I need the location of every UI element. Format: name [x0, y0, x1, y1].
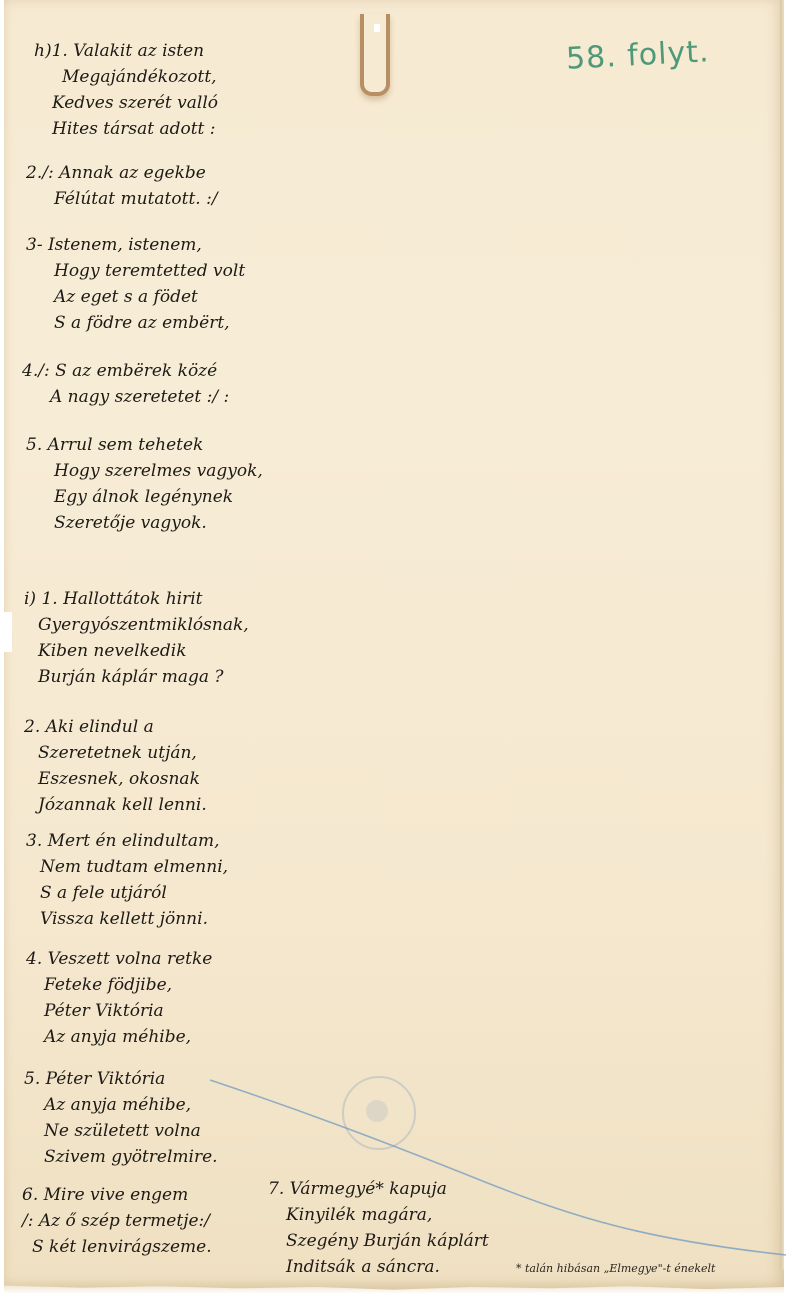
torn-edge [0, 612, 12, 652]
verse-line: Hites társat adott : [34, 116, 218, 142]
verse-line: 4./: S az embërek közé [22, 358, 229, 384]
stanza-h3: 3- Istenem, istenem, Hogy teremtetted vo… [26, 232, 245, 336]
verse-line: 3. Mert én elindultam, [26, 828, 228, 854]
verse-line: Gyergyószentmiklósnak, [24, 612, 249, 638]
stanza-h4: 4./: S az embërek közé A nagy szeretetet… [22, 358, 229, 410]
stanza-h1: h)1. Valakit az isten Megajándékozott, K… [34, 38, 218, 142]
stanza-i1: i) 1. Hallottátok hirit Gyergyószentmikl… [24, 586, 249, 690]
verse-line: 6. Mire vive engem [22, 1182, 212, 1208]
verse-line: Egy álnok legénynek [26, 484, 263, 510]
stanza-i2: 2. Aki elindul a Szeretetnek utján, Esze… [24, 714, 207, 818]
verse-line: Józannak kell lenni. [24, 792, 207, 818]
manuscript-page: 58. folyt. h)1. Valakit az isten Megaján… [4, 0, 784, 1290]
verse-line: Eszesnek, okosnak [24, 766, 207, 792]
verse-line: S két lenvirágszeme. [22, 1234, 212, 1260]
verse-line: Félútat mutatott. :/ [26, 186, 218, 212]
torn-bottom-edge [4, 1280, 784, 1294]
stanza-i6: 6. Mire vive engem /: Az ő szép termetje… [22, 1182, 212, 1260]
stanza-i7: 7. Vármegyé* kapuja Kinyilék magára, Sze… [268, 1176, 489, 1280]
archive-number: 58. folyt. [565, 34, 710, 76]
verse-line: Kinyilék magára, [268, 1202, 489, 1228]
verse-line: Az anyja méhibe, [24, 1092, 218, 1118]
verse-line: Megajándékozott, [34, 64, 218, 90]
page-edge [780, 0, 784, 1270]
verse-line: Feteke födjibe, [26, 972, 212, 998]
verse-line: Nem tudtam elmenni, [26, 854, 228, 880]
verse-line: Szegény Burján káplárt [268, 1228, 489, 1254]
verse-line: 4. Veszett volna retke [26, 946, 212, 972]
verse-line: Inditsák a sáncra. [268, 1254, 489, 1280]
verse-line: 2. Aki elindul a [24, 714, 207, 740]
verse-line: Kiben nevelkedik [24, 638, 249, 664]
stanza-i3: 3. Mert én elindultam, Nem tudtam elmenn… [26, 828, 228, 932]
rust-stain-icon [360, 14, 390, 96]
stanza-h2: 2./: Annak az egekbe Félútat mutatott. :… [26, 160, 218, 212]
stanza-h5: 5. Arrul sem tehetek Hogy szerelmes vagy… [26, 432, 263, 536]
verse-line: Ne született volna [24, 1118, 218, 1144]
verse-line: 5. Arrul sem tehetek [26, 432, 263, 458]
footnote: * talán hibásan „Elmegye"-t énekelt [516, 1262, 715, 1275]
verse-line: Szeretője vagyok. [26, 510, 263, 536]
verse-line: 5. Péter Viktória [24, 1066, 218, 1092]
verse-line: Kedves szerét valló [34, 90, 218, 116]
verse-line: Burján káplár maga ? [24, 664, 249, 690]
verse-line: Péter Viktória [26, 998, 212, 1024]
verse-line: Szeretetnek utján, [24, 740, 207, 766]
faded-stamp-icon [342, 1076, 416, 1150]
verse-line: 2./: Annak az egekbe [26, 160, 218, 186]
stanza-i5: 5. Péter Viktória Az anyja méhibe, Ne sz… [24, 1066, 218, 1170]
verse-line: Vissza kellett jönni. [26, 906, 228, 932]
verse-line: A nagy szeretetet :/ : [22, 384, 229, 410]
verse-line: Hogy teremtetted volt [26, 258, 245, 284]
verse-line: Az eget s a födet [26, 284, 245, 310]
verse-line: 7. Vármegyé* kapuja [268, 1176, 489, 1202]
verse-line: /: Az ő szép termetje:/ [22, 1208, 212, 1234]
verse-line: Hogy szerelmes vagyok, [26, 458, 263, 484]
verse-line: S a fele utjáról [26, 880, 228, 906]
verse-line: Szivem gyötrelmire. [24, 1144, 218, 1170]
verse-line: S a födre az embërt, [26, 310, 245, 336]
verse-line: i) 1. Hallottátok hirit [24, 586, 249, 612]
verse-line: Az anyja méhibe, [26, 1024, 212, 1050]
verse-line: 3- Istenem, istenem, [26, 232, 245, 258]
stanza-i4: 4. Veszett volna retke Feteke födjibe, P… [26, 946, 212, 1050]
verse-line: h)1. Valakit az isten [34, 38, 218, 64]
